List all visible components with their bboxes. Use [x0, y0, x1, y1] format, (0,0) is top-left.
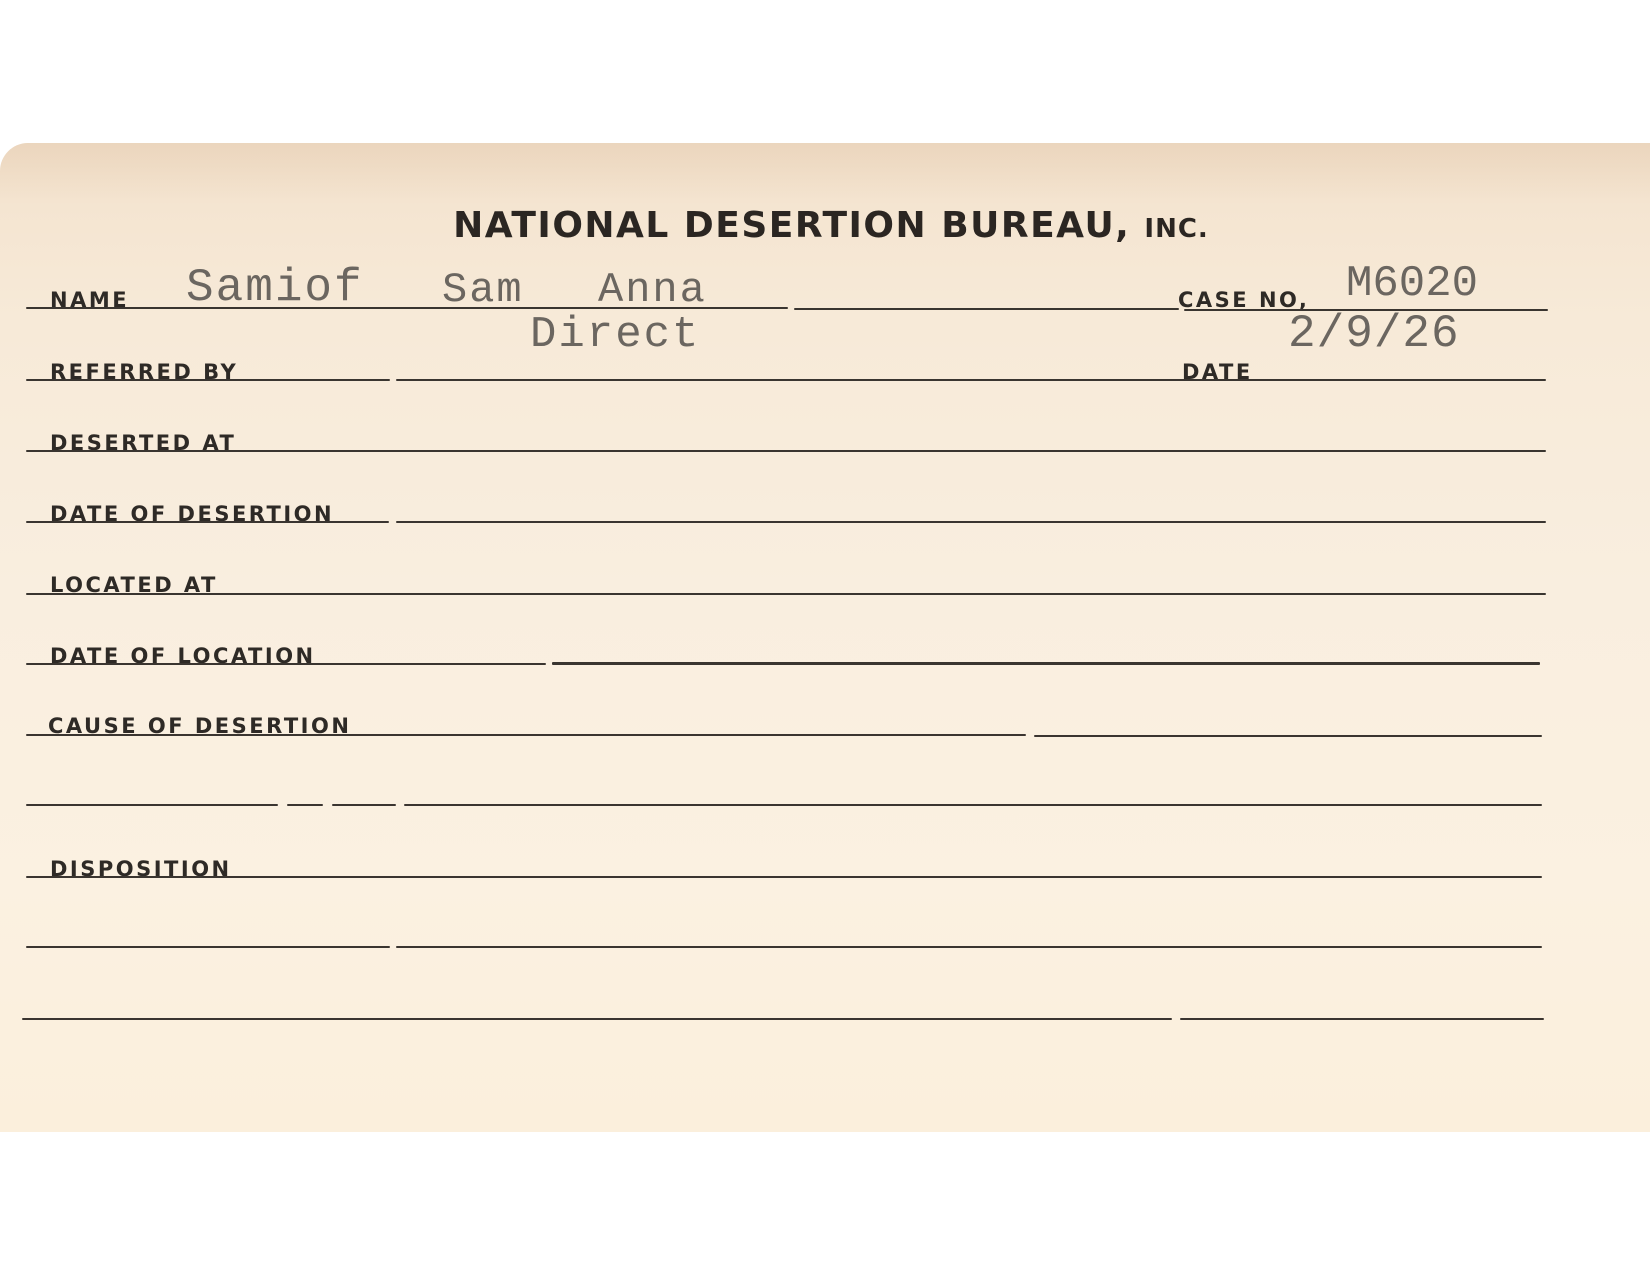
- date-value: 2/9/26: [1288, 308, 1460, 360]
- blank-line-1d: [404, 804, 1542, 806]
- blank-line-1a: [26, 804, 278, 806]
- card-title: NATIONAL DESERTION BUREAU, INC.: [0, 205, 1650, 246]
- blank-line-2b: [396, 946, 1542, 948]
- name-line-2: [794, 308, 1179, 310]
- date-of-location-line: [26, 663, 546, 665]
- cause-of-desertion-line: [26, 734, 1026, 736]
- bureau-suffix: INC.: [1144, 214, 1208, 244]
- blank-line-3a: [22, 1018, 1172, 1020]
- blank-line-2a: [26, 946, 390, 948]
- disposition-line: [26, 876, 1542, 878]
- deserted-at-line: [26, 450, 1546, 452]
- blank-line-1c: [332, 804, 396, 806]
- located-at-line: [26, 593, 1546, 595]
- name-line: [26, 307, 788, 309]
- referred-by-line: [26, 379, 390, 381]
- case-no-value: M6020: [1346, 259, 1478, 309]
- bureau-name: NATIONAL DESERTION BUREAU,: [453, 205, 1130, 246]
- cause-of-desertion-line-2: [1034, 735, 1542, 737]
- date-of-location-line-2: [552, 662, 1540, 665]
- referred-by-value: Direct: [530, 310, 700, 360]
- referred-by-line-2: [396, 379, 1546, 381]
- blank-line-3b: [1180, 1018, 1544, 1020]
- date-of-desertion-line-2: [396, 521, 1546, 523]
- date-of-desertion-line: [26, 521, 389, 523]
- blank-line-1b: [287, 804, 323, 806]
